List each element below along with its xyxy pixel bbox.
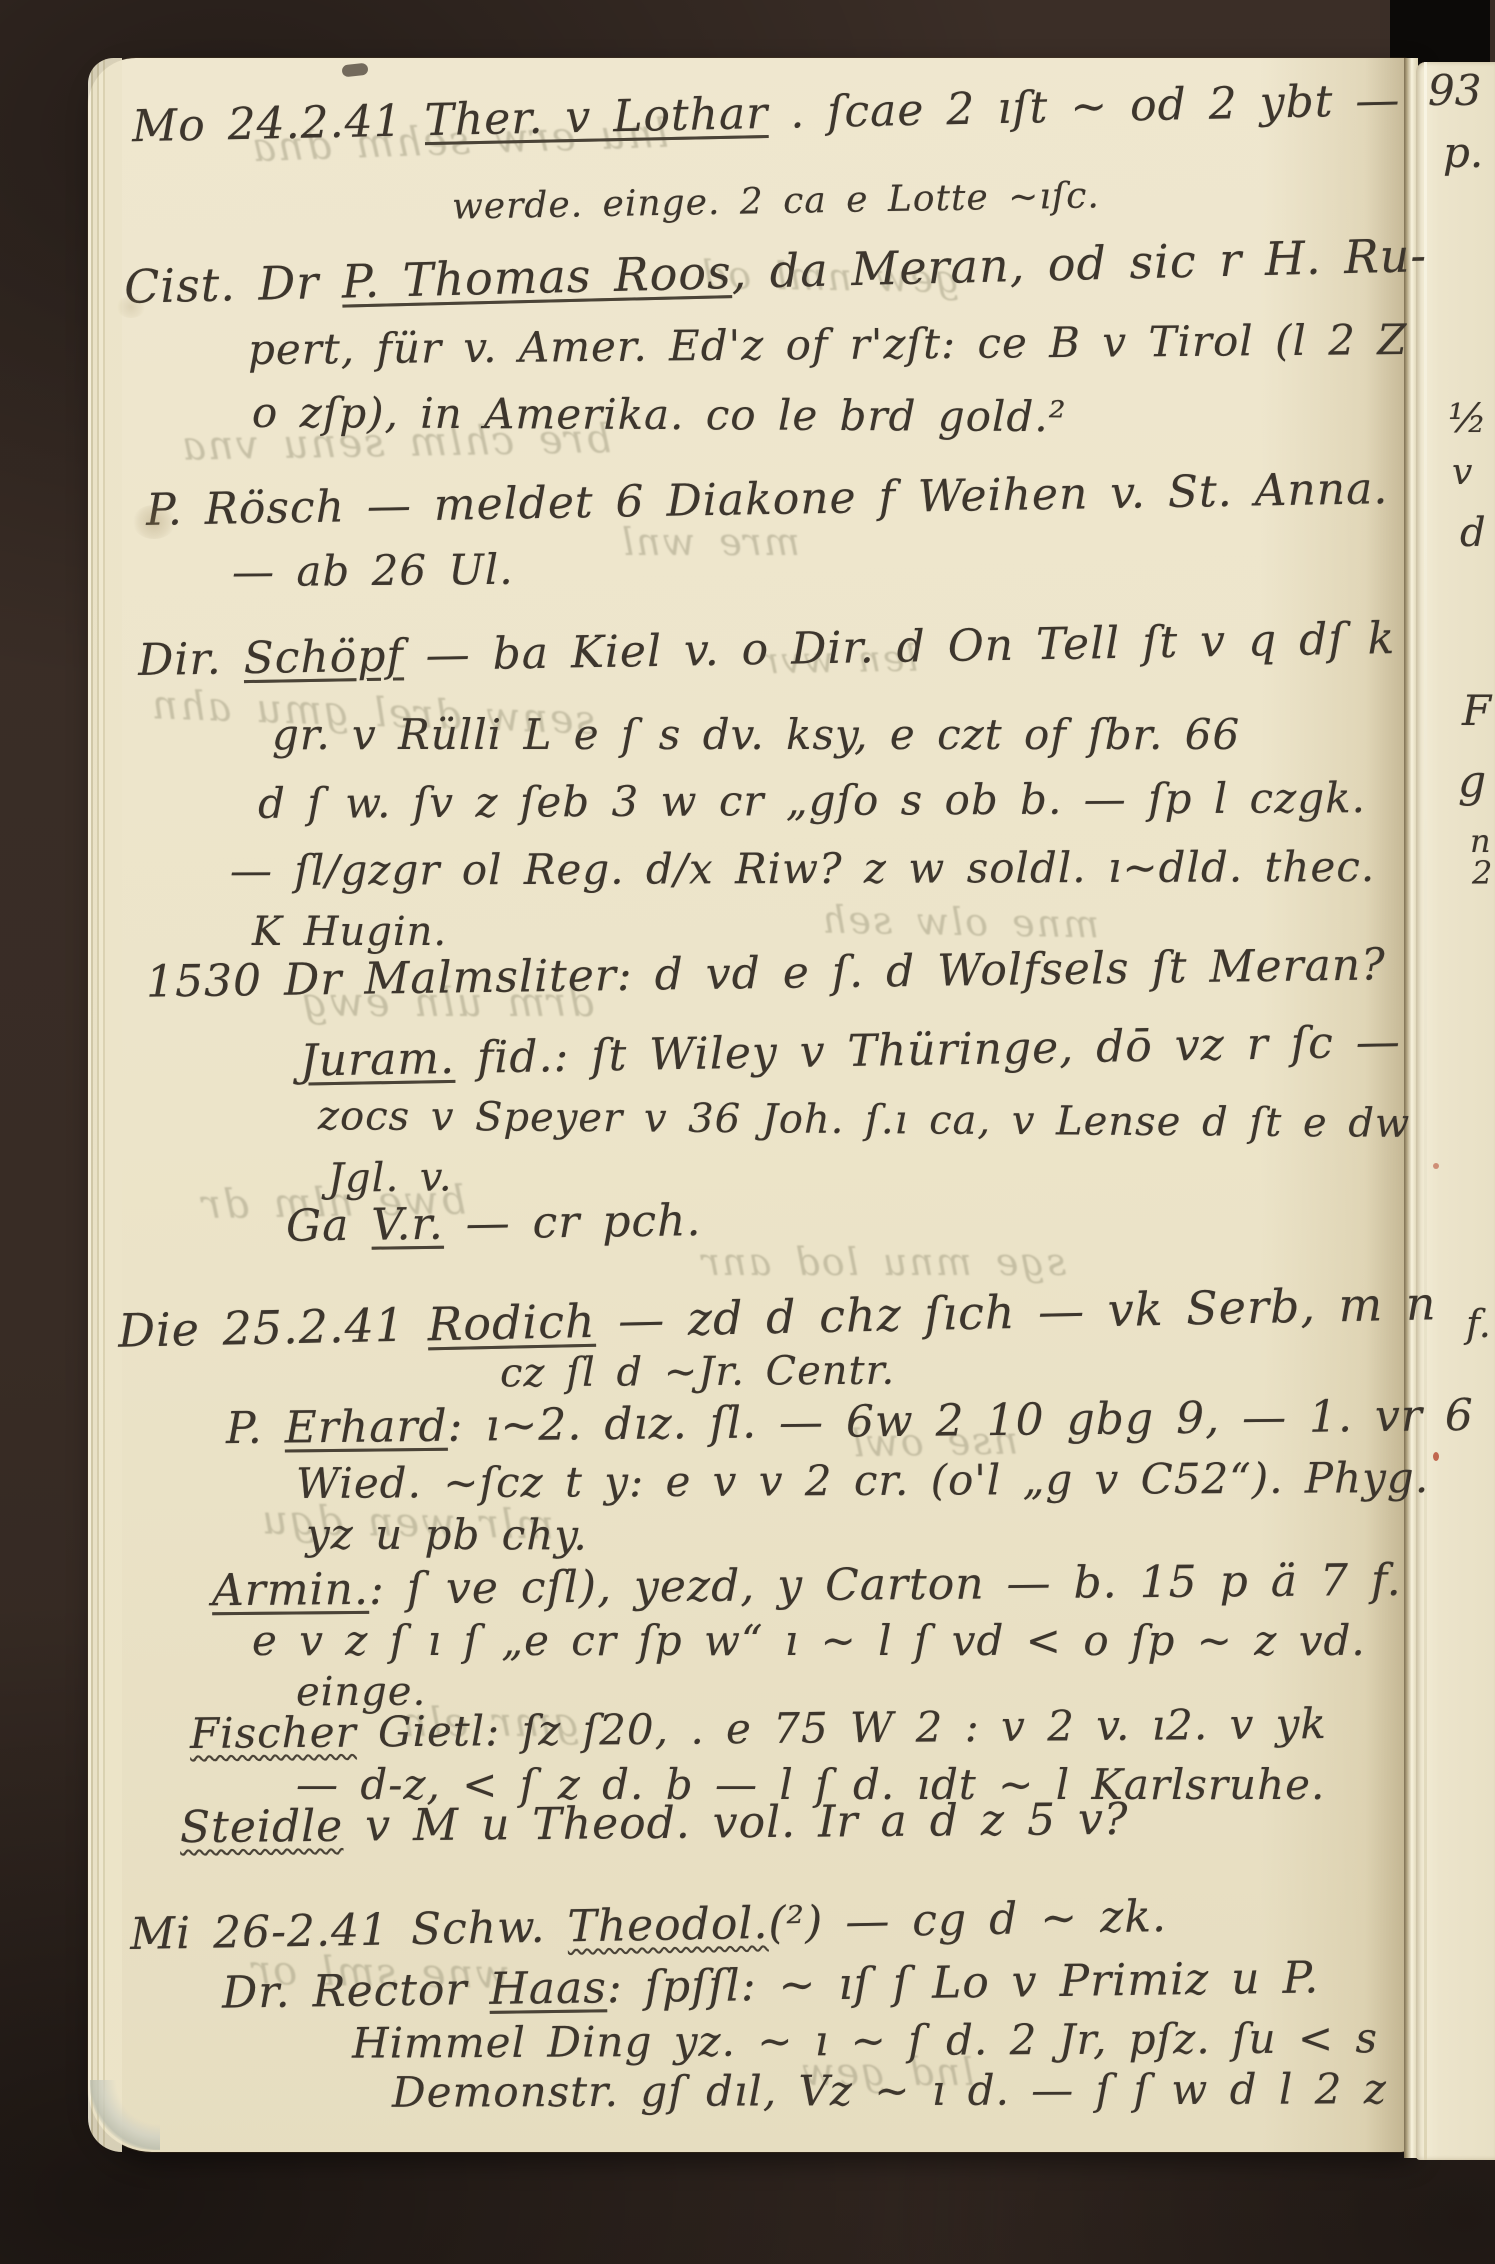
diary-line: Demonstr. gſ dıl, Vz ~ ı d. — ſ ſ w d l …: [392, 2068, 1387, 2113]
diary-line: — ſl/gzgr ol Reg. d/x Riw? z w soldl. ı~…: [230, 846, 1375, 892]
underlined-word: Armin.: [212, 1564, 369, 1616]
diary-line: Himmel Ding yz. ~ ı ~ ſ d. 2 Jr, pſz. ſu…: [352, 2017, 1378, 2064]
diary-line: d ſ w. ſv z ſeb 3 w cr „gſo s ob b. — ſp…: [258, 777, 1366, 825]
margin-fragment: d: [1460, 510, 1486, 556]
diary-line: Mo 24.2.41 Ther. v Lothar . ſcae 2 ıſt ~…: [132, 79, 1401, 150]
diary-line: Dr. Rector Haas: ſpſſl: ~ ıſ ſ Lo v Prim…: [222, 1956, 1320, 2015]
diary-line: Cist. Dr P. Thomas Roos, da Meran, od si…: [124, 232, 1428, 310]
underlined-word: Erhard: [284, 1401, 447, 1454]
diary-line: Fischer Gietl: ſz ſ20, . e 75 W 2 : v 2 …: [190, 1703, 1327, 1755]
diary-line: Wied. ~ſcz t y: e v v 2 cr. (o'l „g v C5…: [296, 1457, 1429, 1505]
diary-line: Die 25.2.41 Rodich — zd d chz ſıch — vk …: [118, 1280, 1437, 1354]
diary-line: gr. v Rülli L e ſ s dv. ksy, e czt of ſb…: [272, 714, 1240, 756]
diary-line: Juram. fid.: ſt Wiley v Thüringe, dō vz …: [300, 1020, 1401, 1083]
diary-line: Jgl. v.: [328, 1157, 453, 1198]
underlined-word: P. Thomas Roos: [341, 245, 732, 309]
diary-line: P. Rösch — meldet 6 Diakone f Weihen v. …: [146, 467, 1389, 533]
diary-line: o zſp), in Amerika. co le brd gold.²: [252, 392, 1067, 438]
underlined-word: Steidle: [180, 1801, 344, 1853]
margin-fragment: ½: [1448, 396, 1487, 442]
diary-line: cz ſl d ~Jr. Centr.: [500, 1351, 895, 1394]
diary-line: Mi 26-2.41 Schw. Theodol.(²) — cg d ~ zk…: [130, 1895, 1168, 1957]
diary-line: K Hugin.: [252, 912, 447, 952]
diary-line: zocs v Speyer v 36 Joh. ſ.ı ca, v Lense …: [318, 1096, 1410, 1144]
red-speck: [1433, 1452, 1439, 1461]
margin-fragment: f.: [1466, 1302, 1491, 1346]
margin-fragment: 2: [1472, 854, 1492, 892]
diary-line: Ga V.r. — cr pch.: [286, 1199, 702, 1249]
margin-fragment: v: [1452, 452, 1472, 493]
underlined-word: Rodich: [427, 1294, 596, 1352]
red-speck: [1433, 1163, 1439, 1169]
underlined-word: Fischer: [190, 1708, 357, 1758]
diary-line: Steidle v M u Theod. vol. Ir a d z 5 v?: [180, 1798, 1129, 1850]
margin-fragment: F: [1462, 686, 1491, 735]
diary-line: pert, für v. Amer. Ed'z of r'zſt: ce B v…: [248, 319, 1408, 371]
underlined-word: V.r.: [371, 1199, 444, 1251]
margin-fragment: 93: [1428, 66, 1481, 115]
diary-line: werde. einge. 2 ca e Lotte ~ıſc.: [452, 178, 1100, 225]
diary-line: yz u pb chy.: [306, 1514, 588, 1557]
handwriting-layer: Mo 24.2.41 Ther. v Lothar . ſcae 2 ıſt ~…: [0, 0, 1495, 2264]
underlined-word: Haas: [489, 1962, 607, 2015]
diary-line: — ab 26 Ul.: [232, 549, 514, 593]
diary-line: Armin.: ſ ve cſl), yezd, y Carton — b. 1…: [212, 1559, 1402, 1613]
underlined-word: Ther. v Lothar: [424, 88, 769, 146]
underlined-word: Schöpf: [243, 630, 404, 684]
underlined-word: Theodol.: [567, 1898, 769, 1952]
underlined-word: d: [1460, 510, 1486, 556]
stain-spot: [116, 296, 146, 318]
stain-spot: [132, 505, 176, 539]
margin-fragment: p.: [1443, 128, 1483, 177]
diary-scan-photo: lnu erw sehm dnagew nml odbre chlm senu …: [0, 0, 1495, 2264]
diary-line: Dir. Schöpf — ba Kiel v. o Dir. d On Tel…: [138, 617, 1396, 683]
diary-line: e v z ſ ı ſ „e cr ſp w“ ı ~ l ſ vd < o ſ…: [252, 1620, 1366, 1662]
diary-line: P. Erhard: ı~2. dız. ſl. — 6w 2 10 gbg 9…: [226, 1393, 1495, 1451]
underlined-word: Juram.: [300, 1033, 456, 1087]
margin-fragment: g: [1458, 756, 1486, 807]
